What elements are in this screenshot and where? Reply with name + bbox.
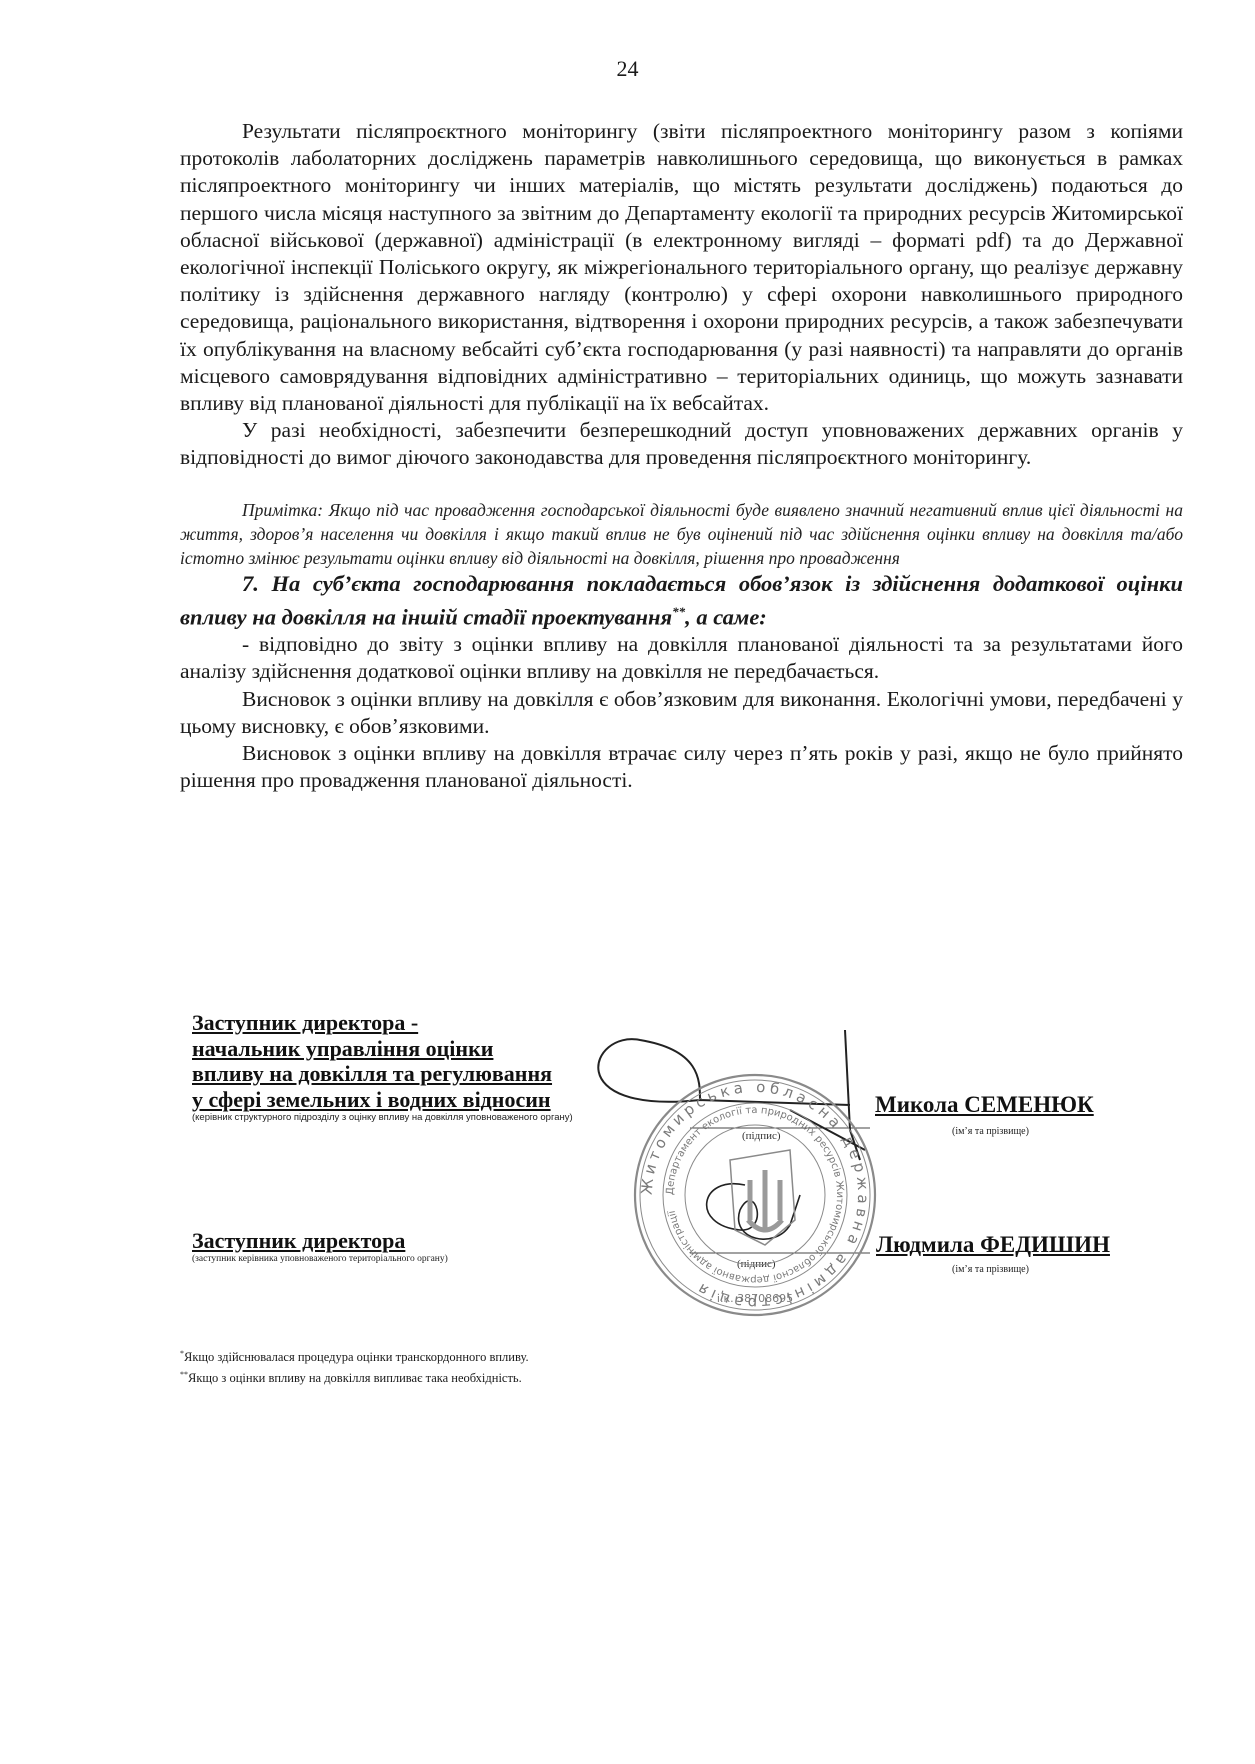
stamp-inner-text: Департамент екології та природних ресурс… — [665, 1105, 845, 1285]
footnotes: *Якщо здійснювалася процедура оцінки тра… — [180, 1345, 529, 1387]
footnote-2-mark: ** — [180, 1370, 188, 1379]
official-stamp: Житомирська обласна державна адміністрац… — [630, 1070, 880, 1320]
svg-text:Департамент екології та природ: Департамент екології та природних ресурс… — [665, 1105, 845, 1285]
stamp-code: і.к. 38708695 — [717, 1292, 793, 1305]
footnote-2: **Якщо з оцінки впливу на довкілля випли… — [180, 1366, 529, 1387]
footnote-2-text: Якщо з оцінки впливу на довкілля виплива… — [188, 1371, 522, 1385]
footnote-1: *Якщо здійснювалася процедура оцінки тра… — [180, 1345, 529, 1366]
footnote-1-text: Якщо здійснювалася процедура оцінки тран… — [184, 1350, 529, 1364]
signature-strokes — [0, 0, 1255, 1764]
